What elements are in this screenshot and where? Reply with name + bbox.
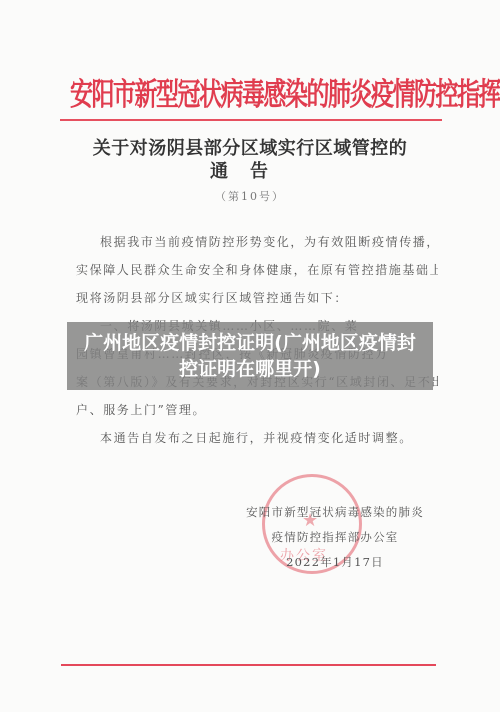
signature-line-2: 疫情防控指挥部办公室 [235, 525, 435, 550]
signature-block: 安阳市新型冠状病毒感染的肺炎 疫情防控指挥部办公室 2022年1月17日 [235, 500, 435, 575]
issuer-header: 安阳市新型冠状病毒感染的肺炎疫情防控指挥部办公室 [70, 70, 432, 115]
document-subtitle: 通告 [60, 157, 440, 183]
paragraph-intro: 根据我市当前疫情防控形势变化，为有效阻断疫情传播，切 实保障人民群众生命安全和身… [76, 228, 438, 312]
paragraph-line: 根据我市当前疫情防控形势变化，为有效阻断疫情传播，切 [76, 228, 438, 256]
paragraph-effective: 本通告自发布之日起施行，并视疫情变化适时调整。 [76, 424, 438, 452]
paragraph-line: 户、服务上门”管理。 [76, 396, 438, 424]
paragraph-line: 现将汤阴县部分区域实行区域管控通告如下： [76, 284, 438, 312]
footer-red-rule [61, 664, 436, 666]
paragraph-line: 本通告自发布之日起施行，并视疫情变化适时调整。 [76, 424, 438, 452]
header-red-rule [60, 119, 442, 121]
document-number: （第10号） [60, 188, 440, 204]
caption-text: 广州地区疫情封控证明(广州地区疫情封控证明在哪里开) [80, 330, 420, 382]
paragraph-line: 实保障人民群众生命安全和身体健康，在原有管控措施基础上， [76, 256, 438, 284]
caption-overlay: 广州地区疫情封控证明(广州地区疫情封控证明在哪里开) [67, 322, 433, 390]
signature-date: 2022年1月17日 [235, 550, 435, 575]
signature-line-1: 安阳市新型冠状病毒感染的肺炎 [235, 500, 435, 525]
